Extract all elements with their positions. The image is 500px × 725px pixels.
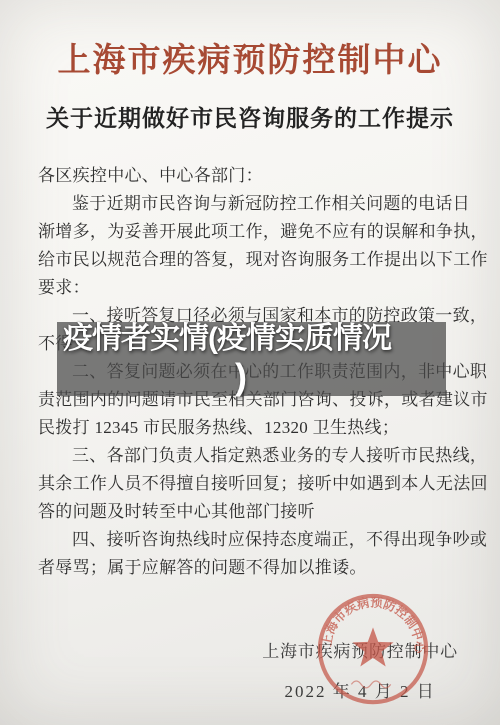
body-line: 其余工作人员不得擅自接听回复；接听中如遇到本人无法回 bbox=[38, 470, 464, 498]
document-photo: 上海市疾病预防控制中心 关于近期做好市民咨询服务的工作提示 各区疾控中心、中心各… bbox=[0, 0, 500, 725]
watermark-overlay: 疫情者实情(疫情实质情况 ) bbox=[57, 322, 446, 396]
body-line: 者辱骂；属于应解答的问题不得加以推诿。 bbox=[38, 554, 464, 582]
signature-block: 上海市疾病预防控制中心 2022 年 4 月 2 日 bbox=[262, 637, 458, 702]
document-title: 关于近期做好市民咨询服务的工作提示 bbox=[0, 100, 500, 133]
body-line: 民拨打 12345 市民服务热线、12320 卫生热线； bbox=[38, 414, 464, 442]
body-line: 四、接听咨询热线时应保持态度端正，不得出现争吵或 bbox=[38, 526, 464, 554]
body-line: 渐增多，为妥善开展此项工作，避免不应有的误解和争执， bbox=[38, 218, 464, 246]
body-line: 鉴于近期市民咨询与新冠防控工作相关问题的电话日 bbox=[38, 190, 464, 218]
watermark-text-line1: 疫情者实情(疫情实质情况 bbox=[63, 323, 391, 355]
body-line: 各区疾控中心、中心各部门： bbox=[38, 162, 464, 190]
footer-date: 2022 年 4 月 2 日 bbox=[262, 677, 458, 702]
footer-org-name: 上海市疾病预防控制中心 bbox=[262, 637, 458, 662]
body-line: 答的问题及时转至中心其他部门接听 bbox=[38, 498, 464, 526]
org-title: 上海市疾病预防控制中心 bbox=[0, 34, 500, 81]
body-line: 给市民以规范合理的答复，现对咨询服务工作提出以下工作 bbox=[38, 246, 464, 274]
watermark-text-line2: ) bbox=[235, 358, 247, 396]
body-line: 要求： bbox=[38, 274, 464, 302]
body-line: 三、各部门负责人指定熟悉业务的专人接听市民热线， bbox=[38, 442, 464, 470]
